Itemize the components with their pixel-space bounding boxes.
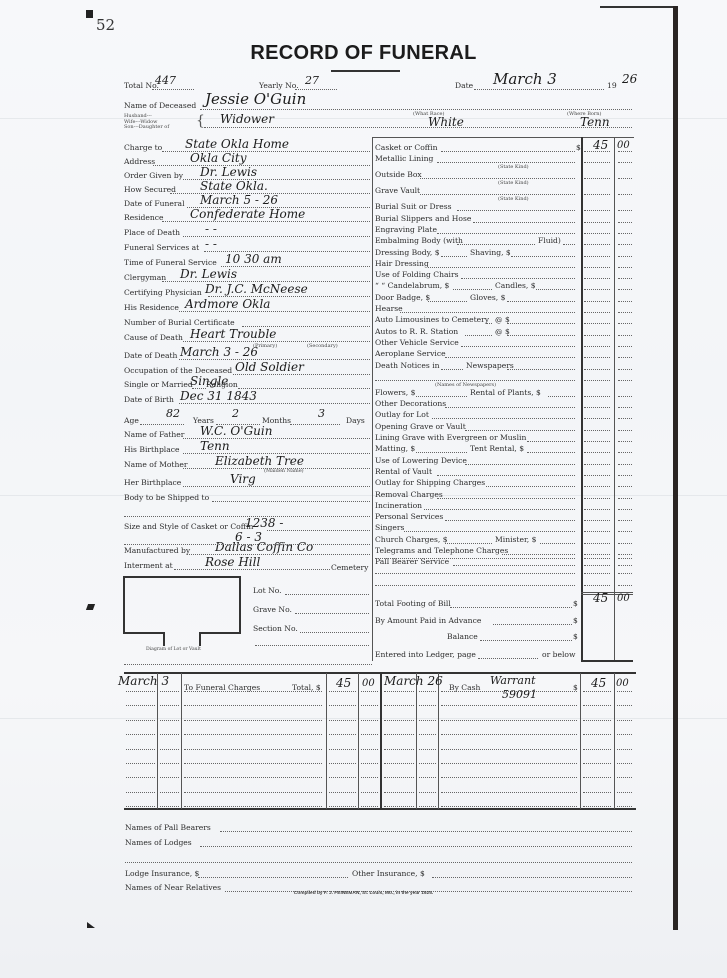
dotted-line	[160, 734, 179, 735]
charge-label: Outlay for Shipping Charges	[375, 478, 485, 487]
ledger-column-rule	[580, 673, 581, 809]
dotted-line	[502, 554, 575, 555]
dotted-line	[584, 233, 610, 234]
charge-cents[interactable]: 00	[617, 140, 630, 151]
dotted-line	[584, 585, 610, 586]
dotted-line	[441, 806, 577, 807]
dotted-line	[445, 543, 492, 544]
dotted-line	[124, 544, 370, 545]
charge-label: Engraving Plate	[375, 225, 437, 234]
dotted-line	[480, 640, 572, 641]
dotted-line	[160, 763, 179, 764]
dotted-line	[200, 109, 632, 110]
charge-label: Opening Grave or Vault	[375, 422, 466, 431]
field-value[interactable]: Dr. Lewis	[180, 267, 237, 281]
dotted-line	[300, 632, 369, 633]
dotted-line	[584, 267, 610, 268]
field-value[interactable]: 10 30 am	[225, 252, 282, 266]
field-value[interactable]: Confederate Home	[190, 207, 305, 221]
field-label: Her Birthplace	[124, 478, 181, 487]
lot-no-label: Lot No.	[253, 586, 282, 595]
charge-suffix: Candles, $	[495, 281, 536, 290]
field-label: Residence	[124, 213, 164, 222]
dotted-line	[617, 777, 632, 778]
dotted-line	[329, 705, 356, 706]
dollar-sign: $	[576, 143, 581, 152]
dotted-line	[486, 486, 575, 487]
corner-mark	[87, 922, 95, 928]
dotted-line	[563, 244, 575, 245]
charge-label: Outside Box	[375, 170, 422, 179]
dotted-line	[329, 720, 356, 721]
dotted-line	[465, 335, 492, 336]
dotted-line	[126, 720, 155, 721]
age-label: Age	[124, 416, 139, 425]
field-value[interactable]: Old Soldier	[235, 360, 304, 374]
dotted-line	[361, 749, 378, 750]
total-no-value[interactable]: 447	[155, 74, 176, 87]
dotted-line	[437, 498, 576, 499]
fold-line	[0, 495, 727, 496]
dotted-line	[384, 705, 414, 706]
advance-label: By Amount Paid in Advance	[375, 616, 481, 625]
dotted-line	[198, 877, 348, 878]
dotted-line	[441, 792, 577, 793]
dotted-line	[192, 388, 206, 389]
dotted-line	[618, 407, 632, 408]
field-label: Date of Death	[124, 351, 177, 360]
field-value[interactable]: W.C. O'Guin	[200, 424, 272, 438]
charge-label: Dressing Body, $	[375, 248, 440, 257]
dotted-line	[179, 403, 370, 404]
dotted-line	[126, 792, 155, 793]
dotted-line	[457, 244, 535, 245]
field-value[interactable]: - -	[205, 222, 217, 236]
dotted-line	[375, 380, 575, 381]
relation-value[interactable]: Widower	[220, 112, 274, 126]
age-years-value[interactable]: 82	[166, 407, 180, 420]
dotted-line	[486, 323, 492, 324]
dotted-line	[419, 792, 436, 793]
dotted-line	[384, 720, 414, 721]
dotted-line	[184, 705, 322, 706]
dotted-line	[584, 407, 610, 408]
deceased-name-value[interactable]: Jessie O'Guin	[205, 90, 306, 108]
credit-dollars[interactable]: 45	[591, 676, 606, 690]
dotted-line	[126, 806, 155, 807]
dotted-line	[618, 520, 632, 521]
age-days-value[interactable]: 3	[318, 407, 325, 420]
compiler-footer: Compiled by F. J. FEINEMAN, St. Louis, M…	[0, 891, 727, 896]
dotted-line	[153, 165, 370, 166]
dotted-line	[160, 777, 179, 778]
charge-suffix: Gloves, $	[470, 293, 505, 302]
dotted-line	[583, 749, 611, 750]
dotted-line	[618, 151, 632, 152]
dotted-line	[428, 267, 575, 268]
ink-speck	[86, 604, 95, 610]
dotted-line	[584, 498, 610, 499]
dotted-line	[404, 531, 575, 532]
dotted-line	[384, 734, 414, 735]
dotted-line	[184, 806, 322, 807]
dotted-line	[361, 720, 378, 721]
dotted-line	[441, 777, 577, 778]
field-value[interactable]: Dr. Lewis	[200, 165, 257, 179]
field-value[interactable]: Okla City	[190, 151, 247, 165]
dotted-line	[183, 486, 370, 487]
page-number: 52	[96, 16, 115, 34]
charge-suffix: Minister, $	[495, 535, 536, 544]
field-value[interactable]: State Okla Home	[185, 137, 289, 151]
total-dollars[interactable]: 45	[593, 591, 608, 605]
dotted-line	[618, 380, 632, 381]
dotted-line	[384, 691, 414, 692]
dotted-line	[618, 475, 632, 476]
total-cents[interactable]: 00	[617, 593, 630, 604]
field-value[interactable]: Elizabeth Tree	[215, 454, 304, 468]
ledger-column-rule	[380, 673, 382, 809]
dotted-line	[617, 749, 632, 750]
top-border	[600, 6, 678, 8]
dotted-line	[419, 691, 436, 692]
field-label: Date of Birth	[124, 395, 174, 404]
dotted-line	[216, 424, 260, 425]
field-value[interactable]: Dr. J.C. McNeese	[205, 282, 308, 296]
field-label: Address	[124, 157, 155, 166]
charge-label: Rental of Vault	[375, 467, 432, 476]
field-label: Time of Funeral Service	[124, 258, 217, 267]
dotted-line	[329, 777, 356, 778]
dotted-line	[419, 734, 436, 735]
dotted-line	[212, 501, 370, 502]
dotted-line	[618, 573, 632, 574]
dotted-line	[583, 720, 611, 721]
year-prefix: 19	[607, 81, 617, 90]
field-value[interactable]: 1238 -	[245, 516, 283, 530]
dotted-line	[584, 573, 610, 574]
dotted-line	[618, 210, 632, 211]
dotted-line	[507, 335, 575, 336]
dotted-line	[441, 151, 575, 152]
ledger-column-rule	[326, 673, 327, 809]
race-value[interactable]: White	[428, 115, 464, 129]
dotted-line	[152, 89, 194, 90]
dotted-line	[507, 301, 575, 302]
dotted-line	[184, 749, 322, 750]
primary-label: (Primary)	[253, 343, 277, 349]
dotted-line	[527, 441, 575, 442]
field-value[interactable]: March 3 - 26	[180, 345, 258, 359]
dotted-line	[584, 543, 610, 544]
dotted-line	[584, 520, 610, 521]
field-label: Number of Burial Certificate	[124, 318, 235, 327]
dotted-line	[584, 289, 610, 290]
dotted-line	[618, 531, 632, 532]
charges-left-rule	[372, 137, 373, 661]
dotted-line	[361, 806, 378, 807]
dotted-line	[453, 565, 575, 566]
years-label: Years	[193, 416, 214, 425]
field-value[interactable]: March 5 - 26	[200, 193, 278, 207]
yearly-no-value[interactable]: 27	[305, 74, 319, 87]
charge-label: Hair Dressing	[375, 259, 429, 268]
dollar-sign: $	[573, 632, 578, 641]
dotted-line	[618, 554, 632, 555]
charge-label: Singers	[375, 523, 404, 532]
dotted-line	[361, 777, 378, 778]
dotted-line	[419, 806, 436, 807]
dotted-line	[618, 267, 632, 268]
debit-date[interactable]: March 3	[118, 674, 169, 688]
field-label: Interment at	[124, 561, 173, 570]
dotted-line	[507, 369, 575, 370]
dotted-line	[384, 777, 414, 778]
dotted-line	[160, 792, 179, 793]
dotted-line	[617, 720, 632, 721]
dotted-line	[295, 613, 369, 614]
charge-label: Death Notices in	[375, 361, 440, 370]
age-months-value[interactable]: 2	[232, 407, 239, 420]
charge-note: (State Kind)	[498, 164, 529, 170]
dotted-line	[584, 323, 610, 324]
dotted-line	[437, 475, 576, 476]
dotted-line	[618, 565, 632, 566]
charge-label: Casket or Coffin	[375, 143, 438, 152]
title-rule	[331, 70, 400, 72]
dotted-line	[184, 720, 322, 721]
dotted-line	[493, 624, 572, 625]
dotted-line	[584, 162, 610, 163]
charge-dollars[interactable]: 45	[593, 138, 608, 152]
dotted-line	[361, 705, 378, 706]
secondary-label: (Secondary)	[307, 343, 338, 349]
dotted-line	[617, 734, 632, 735]
dollar-sign: $	[573, 616, 578, 625]
religion-label: Religion	[206, 380, 238, 389]
dotted-line	[184, 792, 322, 793]
field-label: Certifying Physician	[124, 288, 202, 297]
dotted-line	[126, 734, 155, 735]
dotted-line	[267, 530, 370, 531]
ink-mark	[86, 10, 93, 18]
dotted-line	[618, 222, 632, 223]
dotted-line	[583, 777, 611, 778]
field-label: How Secured	[124, 185, 176, 194]
field-label: Body to be Shipped to	[124, 493, 209, 502]
field-label: Name of Mother	[124, 460, 188, 469]
dotted-line	[618, 256, 632, 257]
dotted-line	[384, 806, 414, 807]
dotted-line	[618, 346, 632, 347]
field-value[interactable]: Ardmore Okla	[185, 297, 270, 311]
dotted-line	[441, 734, 577, 735]
dotted-line	[584, 554, 610, 555]
dotted-line	[618, 498, 632, 499]
dotted-line	[618, 233, 632, 234]
dotted-line	[441, 763, 577, 764]
charge-label: Telegrams and Telephone Charges	[375, 546, 508, 555]
charge-suffix: Rental of Plants, $	[470, 388, 541, 397]
debit-cents[interactable]: 00	[362, 678, 375, 689]
charge-label: Personal Services	[375, 512, 443, 521]
dotted-line	[160, 806, 179, 807]
dotted-line	[124, 664, 372, 665]
dotted-line	[584, 475, 610, 476]
ledger-column-rule	[157, 673, 158, 809]
credit-dollar-sign: $	[573, 683, 578, 692]
dotted-line	[583, 792, 611, 793]
debit-description: To Funeral Charges	[184, 683, 260, 692]
dotted-line	[437, 233, 576, 234]
dotted-line	[126, 777, 155, 778]
field-value[interactable]: State Okla.	[200, 179, 268, 193]
charge-label: Removal Charges	[375, 490, 443, 499]
dotted-line	[416, 396, 467, 397]
dotted-line	[583, 806, 611, 807]
dotted-line	[618, 178, 632, 179]
dotted-line	[618, 278, 632, 279]
dotted-line	[453, 289, 492, 290]
dotted-line	[160, 720, 179, 721]
debit-dollars[interactable]: 45	[336, 676, 351, 690]
dotted-line	[384, 749, 414, 750]
balance-label: Balance	[447, 632, 478, 641]
charge-label: Metallic Lining	[375, 154, 433, 163]
dotted-line	[233, 374, 370, 375]
dotted-line	[618, 396, 632, 397]
dotted-line	[329, 806, 356, 807]
charge-label: “ “ Candelabrum, $	[375, 281, 449, 290]
dotted-line	[126, 691, 155, 692]
dotted-line	[583, 763, 611, 764]
field-label: His Residence	[124, 303, 179, 312]
yearly-no-label: Yearly No.	[259, 81, 299, 90]
dotted-line	[445, 407, 575, 408]
dotted-line	[584, 558, 610, 559]
dotted-line	[584, 441, 610, 442]
dotted-line	[584, 464, 610, 465]
charge-label: Flowers, $	[375, 388, 415, 397]
dotted-line	[584, 531, 610, 532]
dotted-line	[200, 846, 632, 847]
dotted-line	[184, 734, 322, 735]
date-label: Date	[455, 81, 473, 90]
dollar-sign: $	[573, 599, 578, 608]
dotted-line	[618, 357, 632, 358]
field-label: Name of Father	[124, 430, 184, 439]
dotted-line	[126, 705, 155, 706]
dotted-line	[618, 509, 632, 510]
dotted-line	[361, 691, 378, 692]
field-value[interactable]: Tenn	[200, 439, 230, 453]
dotted-line	[618, 441, 632, 442]
dotted-line	[583, 691, 611, 692]
charge-note: (State Kind)	[498, 180, 529, 186]
dotted-line	[160, 749, 179, 750]
dotted-line	[329, 734, 356, 735]
dotted-line	[584, 380, 610, 381]
field-label: Single or Married	[124, 380, 193, 389]
dotted-line	[584, 210, 610, 211]
dotted-line	[536, 289, 575, 290]
dotted-line	[618, 418, 632, 419]
charge-label: Autos to R. R. Station	[375, 327, 458, 336]
dotted-line	[584, 346, 610, 347]
credit-date[interactable]: March 26	[384, 674, 443, 688]
born-value[interactable]: Tenn	[580, 115, 610, 129]
other-insurance-label: Other Insurance, $	[352, 869, 425, 878]
charge-label: Door Badge, $	[375, 293, 430, 302]
charge-label: Grave Vault	[375, 186, 420, 195]
credit-cents[interactable]: 00	[616, 678, 629, 689]
field-value[interactable]: - -	[205, 237, 217, 251]
charge-label: Other Vehicle Service	[375, 338, 459, 347]
charge-label: Embalming Body (with	[375, 236, 463, 245]
field-value[interactable]: Dallas Coffin Co	[215, 540, 313, 554]
dotted-line	[583, 734, 611, 735]
dotted-line	[584, 430, 610, 431]
dotted-line	[527, 452, 575, 453]
dotted-line	[160, 691, 179, 692]
year-value[interactable]: 26	[622, 72, 637, 86]
dotted-line	[618, 312, 632, 313]
field-label: Place of Death	[124, 228, 180, 237]
dotted-line	[221, 266, 370, 267]
charge-suffix: Shaving, $	[470, 248, 511, 257]
dotted-line	[183, 341, 370, 342]
dotted-line	[617, 792, 632, 793]
dotted-line	[617, 691, 632, 692]
dotted-line	[255, 645, 369, 646]
dotted-line	[618, 452, 632, 453]
page-title: RECORD OF FUNERAL	[0, 42, 727, 65]
ledger-column-rule	[181, 673, 182, 809]
dotted-line	[375, 585, 575, 586]
dotted-line	[375, 573, 575, 574]
credit-by-cash-label: By Cash	[449, 683, 480, 692]
field-value[interactable]: Rose Hill	[205, 555, 260, 569]
dotted-line	[419, 777, 436, 778]
dotted-line	[618, 369, 632, 370]
dotted-line	[329, 763, 356, 764]
dotted-line	[384, 763, 414, 764]
credit-description[interactable]: Warrant	[490, 674, 536, 687]
charge-label: Hearse	[375, 304, 403, 313]
dotted-line	[432, 877, 632, 878]
dotted-line	[126, 763, 155, 764]
field-label: Charge to	[124, 143, 162, 152]
pall-bearers-label: Names of Pall Bearers	[125, 823, 211, 832]
charge-label: Incineration	[375, 501, 422, 510]
field-value[interactable]: Heart Trouble	[190, 327, 276, 341]
dotted-line	[238, 388, 370, 389]
field-value[interactable]: Dec 31 1843	[180, 389, 257, 403]
dotted-line	[617, 763, 632, 764]
charge-label: Matting, $	[375, 444, 415, 453]
dotted-line	[445, 357, 575, 358]
dotted-line	[184, 777, 322, 778]
dotted-line	[584, 335, 610, 336]
dotted-line	[220, 831, 632, 832]
dotted-line	[461, 278, 575, 279]
charge-label: Outlay for Lot	[375, 410, 429, 419]
date-value[interactable]: March 3	[493, 70, 557, 88]
field-value[interactable]: Virg	[230, 472, 256, 486]
deceased-name-label: Name of Deceased	[124, 101, 196, 110]
dotted-line	[465, 430, 575, 431]
credit-reference[interactable]: 59091	[502, 688, 537, 701]
